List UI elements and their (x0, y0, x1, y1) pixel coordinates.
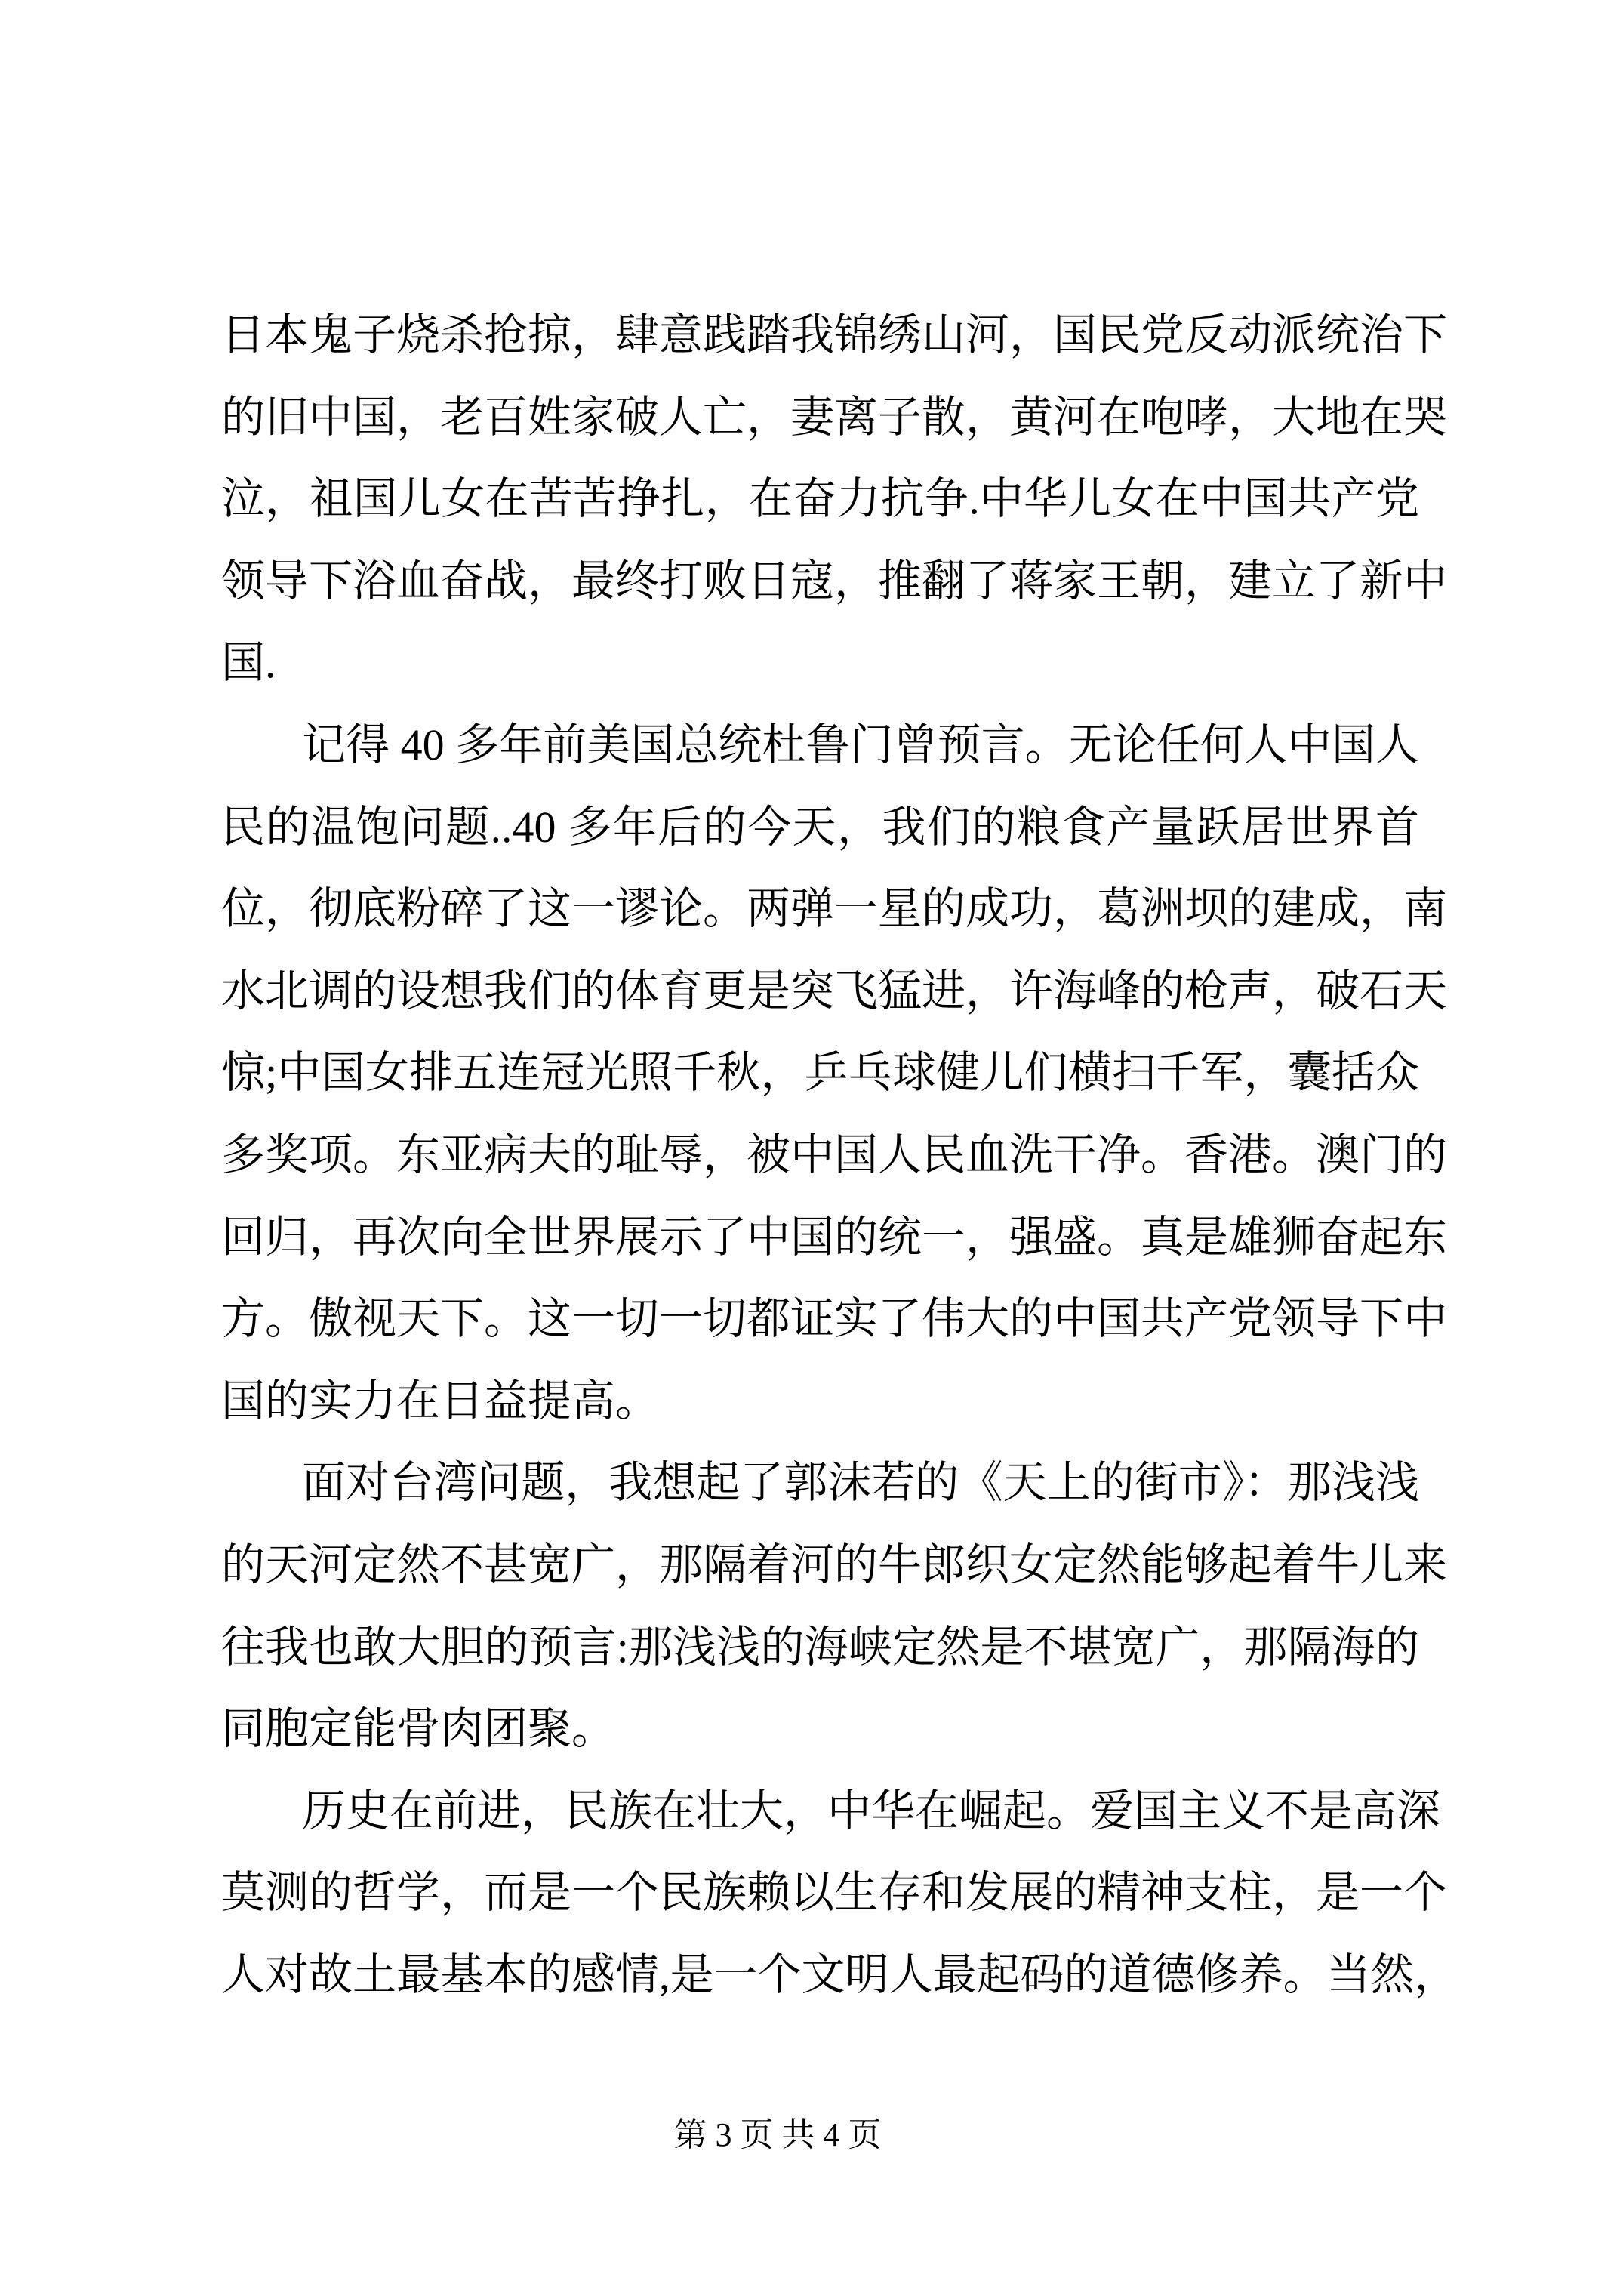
text-line: 日本鬼子烧杀抢掠，肆意践踏我锦绣山河，国民党反动派统治下 (221, 294, 1419, 377)
text-line: 的天河定然不甚宽广，那隔着河的牛郎织女定然能够起着牛儿来 (221, 1524, 1419, 1607)
text-line: 莫测的哲学，而是一个民族赖以生存和发展的精神支柱，是一个 (221, 1852, 1419, 1934)
text-line: 水北调的设想我们的体育更是突飞猛进，许海峰的枪声，破石天 (221, 951, 1419, 1033)
text-line: 人对故土最基本的感情,是一个文明人最起码的道德修养。当然， (221, 1934, 1419, 2017)
text-line: 惊;中国女排五连冠光照千秋，乒乓球健儿们横扫千军，囊括众 (221, 1032, 1419, 1114)
text-line: 民的温饱问题..40 多年后的今天，我们的粮食产量跃居世界首 (221, 787, 1419, 869)
text-line: 同胞定能骨肉团聚。 (221, 1688, 1419, 1771)
text-line: 泣，祖国儿女在苦苦挣扎，在奋力抗争.中华儿女在中国共产党 (221, 458, 1419, 541)
text-line: 位，彻底粉碎了这一谬论。两弹一星的成功，葛洲坝的建成，南 (221, 868, 1419, 951)
text-line: 方。傲视天下。这一切一切都证实了伟大的中国共产党领导下中 (221, 1278, 1419, 1361)
text-line: 记得 40 多年前美国总统杜鲁门曾预言。无论任何人中国人 (221, 704, 1419, 787)
text-line: 领导下浴血奋战，最终打败日寇，推翻了蒋家王朝，建立了新中 (221, 541, 1419, 623)
text-line: 面对台湾问题，我想起了郭沫若的《天上的街市》：那浅浅 (221, 1442, 1419, 1524)
text-line: 往我也敢大胆的预言:那浅浅的海峡定然是不堪宽广，那隔海的 (221, 1607, 1419, 1689)
text-line: 历史在前进，民族在壮大，中华在崛起。爱国主义不是高深 (221, 1771, 1419, 1853)
text-line: 国的实力在日益提高。 (221, 1361, 1419, 1443)
page-footer: 第 3 页 共 4 页 (0, 2114, 1623, 2156)
text-line: 多奖项。东亚病夫的耻辱，被中国人民血洗干净。香港。澳门的 (221, 1114, 1419, 1197)
text-line: 回归，再次向全世界展示了中国的统一，强盛。真是雄狮奋起东 (221, 1197, 1419, 1279)
text-line: 的旧中国，老百姓家破人亡，妻离子散，黄河在咆哮，大地在哭 (221, 377, 1419, 459)
document-page: 日本鬼子烧杀抢掠，肆意践踏我锦绣山河，国民党反动派统治下 的旧中国，老百姓家破人… (0, 0, 1623, 2296)
text-line: 国. (221, 622, 1419, 704)
document-body-text: 日本鬼子烧杀抢掠，肆意践踏我锦绣山河，国民党反动派统治下 的旧中国，老百姓家破人… (221, 294, 1419, 2016)
